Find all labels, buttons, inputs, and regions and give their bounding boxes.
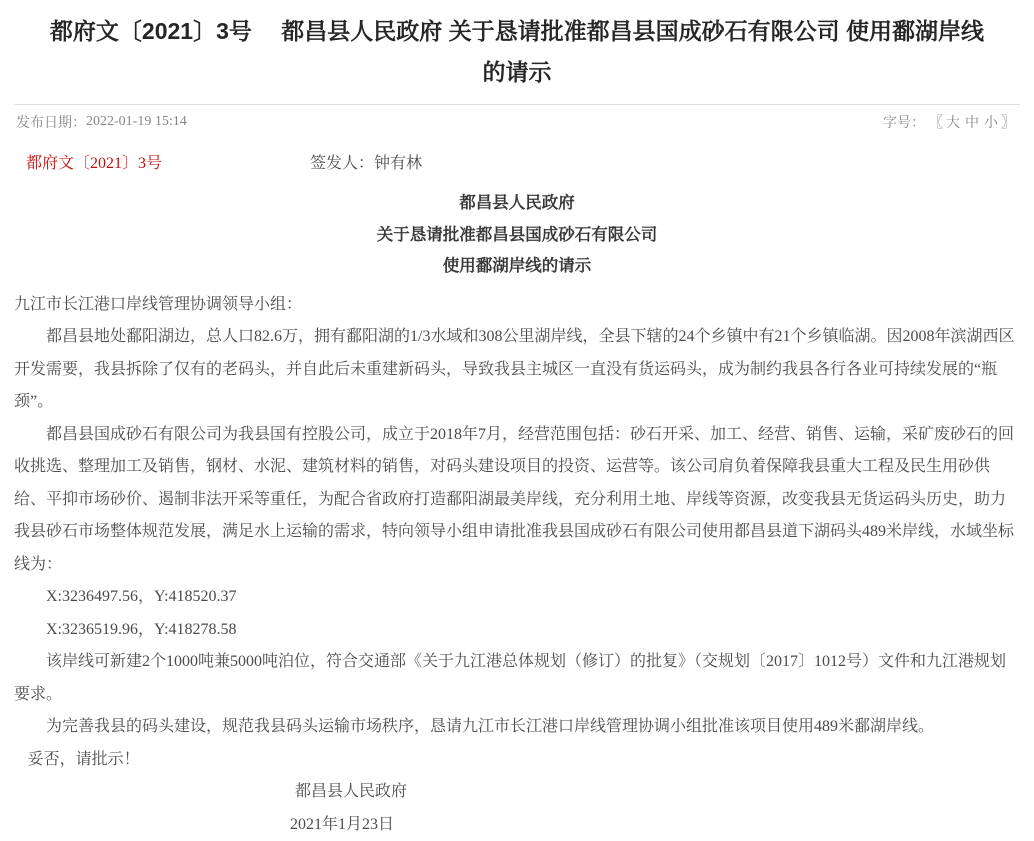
body-paragraph-4: 为完善我县的码头建设，规范我县码头运输市场秩序，恳请九江市长江港口岸线管理协调小…: [14, 711, 1020, 744]
font-size-widget: 〖大中小〗: [929, 112, 1016, 132]
doc-number-row: 都府文〔2021〕3号 签发人：钟有林: [14, 153, 1020, 175]
doc-number: 都府文〔2021〕3号: [14, 153, 310, 175]
body-paragraph-3: 该岸线可新建2个1000吨兼5000吨泊位，符合交通部《关于九江港总体规划（修订…: [14, 646, 1020, 711]
font-size-option-large[interactable]: 大: [946, 116, 961, 131]
font-size-group: 字号： 〖大中小〗: [883, 112, 1016, 132]
body-paragraph-2: 都昌县国成砂石有限公司为我县国有控股公司，成立于2018年7月，经营范围包括：砂…: [14, 419, 1020, 582]
font-size-option-medium[interactable]: 中: [965, 116, 980, 131]
salutation: 九江市长江港口岸线管理协调领导小组：: [14, 289, 1020, 322]
font-size-bracket-open: 〖: [929, 116, 944, 131]
page-title: 都府文〔2021〕3号 都昌县人民政府 关于恳请批准都昌县国成砂石有限公司 使用…: [14, 0, 1020, 93]
meta-bar: 发布日期： 2022-01-19 15:14 字号： 〖大中小〗: [14, 104, 1020, 132]
signature-date: 2021年1月23日: [14, 809, 1020, 841]
publish-date-value: 2022-01-19 15:14: [86, 114, 187, 130]
signer-label: 签发人：: [310, 155, 374, 172]
font-size-label: 字号：: [883, 112, 925, 132]
doc-heading-line3: 使用鄱湖岸线的请示: [14, 250, 1020, 282]
document-page: 都府文〔2021〕3号 都昌县人民政府 关于恳请批准都昌县国成砂石有限公司 使用…: [0, 0, 1034, 841]
doc-heading-line1: 都昌县人民政府: [14, 187, 1020, 219]
coordinate-line-2: X:3236519.96，Y:418278.58: [14, 614, 1020, 647]
doc-heading-line2: 关于恳请批准都昌县国成砂石有限公司: [14, 219, 1020, 251]
publish-date-label: 发布日期：: [16, 112, 86, 132]
closing-line: 妥否，请批示！: [14, 744, 1020, 777]
page-title-line2: 的请示: [14, 52, 1020, 93]
doc-body: 九江市长江港口岸线管理协调领导小组： 都昌县地处鄱阳湖边，总人口82.6万，拥有…: [14, 289, 1020, 841]
signature-name: 都昌县人民政府: [14, 776, 1020, 809]
signer-group: 签发人：钟有林: [310, 153, 422, 175]
publish-date-group: 发布日期： 2022-01-19 15:14: [16, 112, 187, 132]
font-size-option-small[interactable]: 小: [984, 116, 999, 131]
font-size-bracket-close: 〗: [1001, 116, 1016, 131]
body-paragraph-1: 都昌县地处鄱阳湖边，总人口82.6万，拥有鄱阳湖的1/3水域和308公里湖岸线，…: [14, 321, 1020, 419]
signer-name: 钟有林: [374, 155, 422, 172]
doc-headings: 都昌县人民政府 关于恳请批准都昌县国成砂石有限公司 使用鄱湖岸线的请示: [14, 187, 1020, 282]
page-title-line1: 都府文〔2021〕3号 都昌县人民政府 关于恳请批准都昌县国成砂石有限公司 使用…: [14, 11, 1020, 52]
coordinate-line-1: X:3236497.56，Y:418520.37: [14, 581, 1020, 614]
